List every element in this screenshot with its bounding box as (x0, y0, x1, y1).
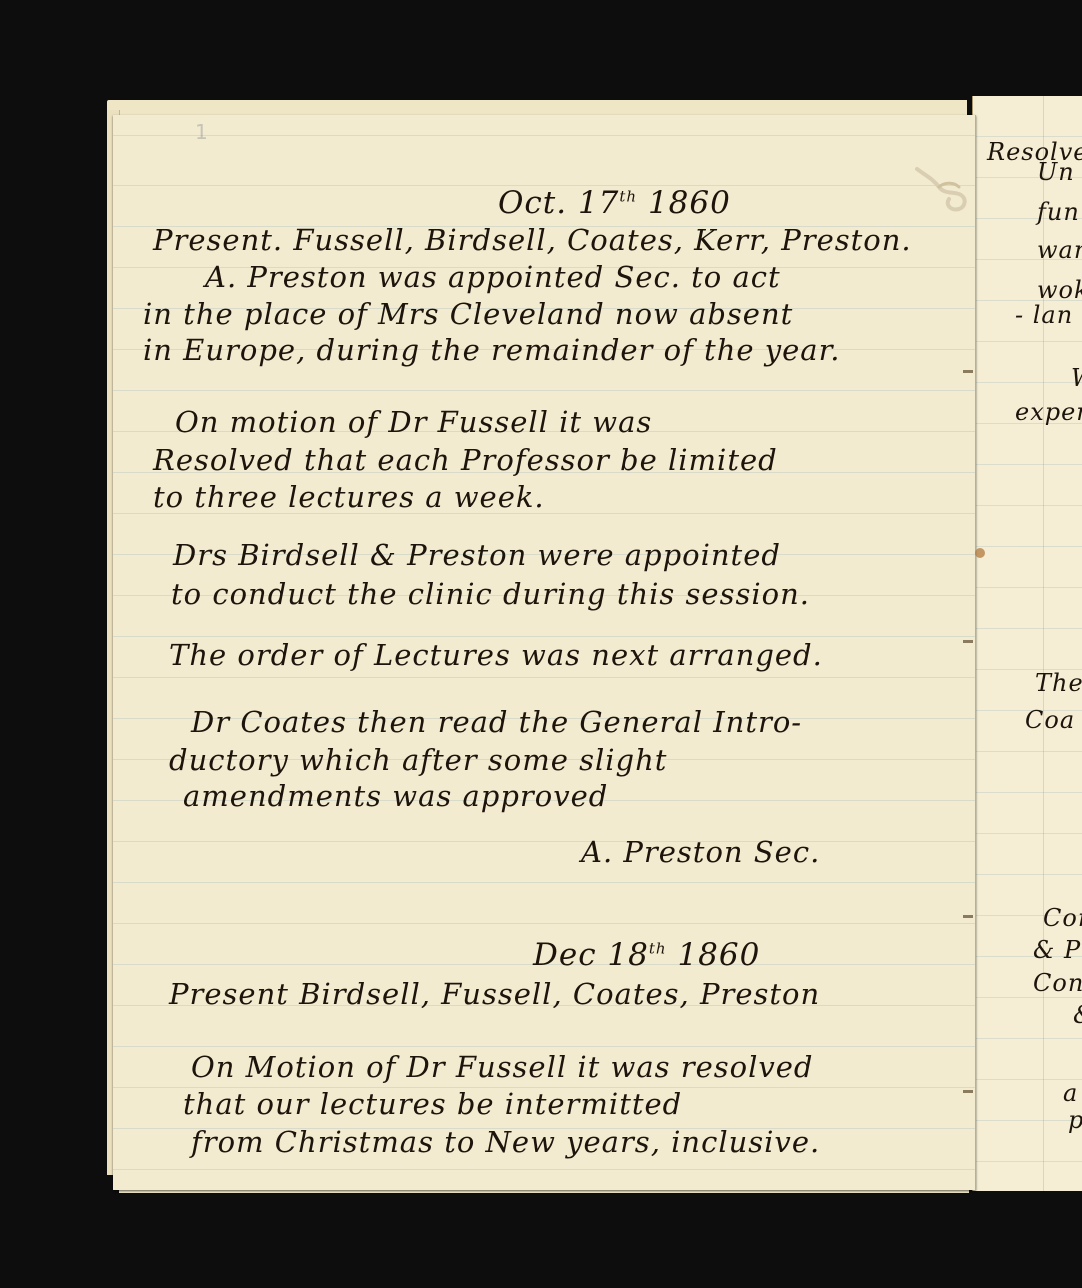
entry-date-year: 1860 (648, 185, 731, 221)
entry-line: The order of Lectures was next arranged. (169, 638, 823, 672)
entry-date-day: Dec 18 (533, 937, 649, 973)
entry-line: Present Birdsell, Fussell, Coates, Prest… (169, 977, 820, 1011)
binding-notch (963, 370, 973, 373)
right-fragment: The (1035, 669, 1082, 697)
right-fragment: expen (1015, 398, 1082, 426)
right-fragment: - lan (1015, 301, 1073, 329)
right-fragment: & P (1033, 936, 1081, 964)
entry-line: that our lectures be intermitted (183, 1087, 682, 1121)
entry-line: to three lectures a week. (153, 480, 545, 514)
entry-line: Resolved that each Professor be limited (153, 443, 778, 477)
right-fragment: Coa (1025, 706, 1075, 734)
entry-line: amendments was approved (183, 779, 608, 813)
right-fragment: p (1068, 1106, 1082, 1134)
binding-string-icon (915, 165, 970, 213)
entry-line: Drs Birdsell & Preston were appointed (173, 538, 781, 572)
entry-line: Dr Coates then read the General Intro- (191, 705, 802, 739)
right-fragment: Con (1033, 969, 1082, 997)
entry-line: On motion of Dr Fussell it was (175, 405, 652, 439)
right-fragment: W (1071, 364, 1082, 392)
entry-line: On Motion of Dr Fussell it was resolved (191, 1050, 813, 1084)
entry-line: A. Preston was appointed Sec. to act (205, 260, 781, 294)
pencil-page-mark: 1 (195, 120, 208, 144)
entry-date-suffix: th (619, 188, 637, 206)
entry-date-day: Oct. 17 (498, 185, 619, 221)
binding-notch (963, 915, 973, 918)
entry-line: to conduct the clinic during this sessio… (171, 577, 810, 611)
right-fragment: wok (1037, 276, 1082, 304)
entry-date-year: 1860 (677, 937, 760, 973)
paper-stain (975, 548, 985, 558)
right-fragment: fun (1037, 198, 1080, 226)
right-fragment: Un (1037, 158, 1075, 186)
left-page: 1 Oct. 17th 1860 Present. Fussell, Birds… (113, 115, 976, 1190)
entry-line: ductory which after some slight (169, 743, 667, 777)
entry-line: in Europe, during the remainder of the y… (143, 333, 840, 367)
secretary-signature: A. Preston Sec. (581, 835, 820, 869)
entry-line: in the place of Mrs Cleveland now absent (143, 297, 793, 331)
right-fragment: Con (1043, 904, 1082, 932)
right-fragment: wan (1037, 236, 1082, 264)
binding-notch (963, 640, 973, 643)
entry-line: from Christmas to New years, inclusive. (191, 1125, 820, 1159)
right-page: Resolve Un fun wan wok - lan W expen The… (972, 96, 1082, 1191)
entry-line: Present. Fussell, Birdsell, Coates, Kerr… (153, 223, 912, 257)
right-fragment: & (1073, 1001, 1082, 1029)
binding-notch (963, 1090, 973, 1093)
entry-date: Oct. 17th 1860 (498, 185, 731, 221)
entry-date: Dec 18th 1860 (533, 937, 760, 973)
right-fragment: a (1063, 1079, 1078, 1107)
entry-date-suffix: th (649, 940, 667, 958)
